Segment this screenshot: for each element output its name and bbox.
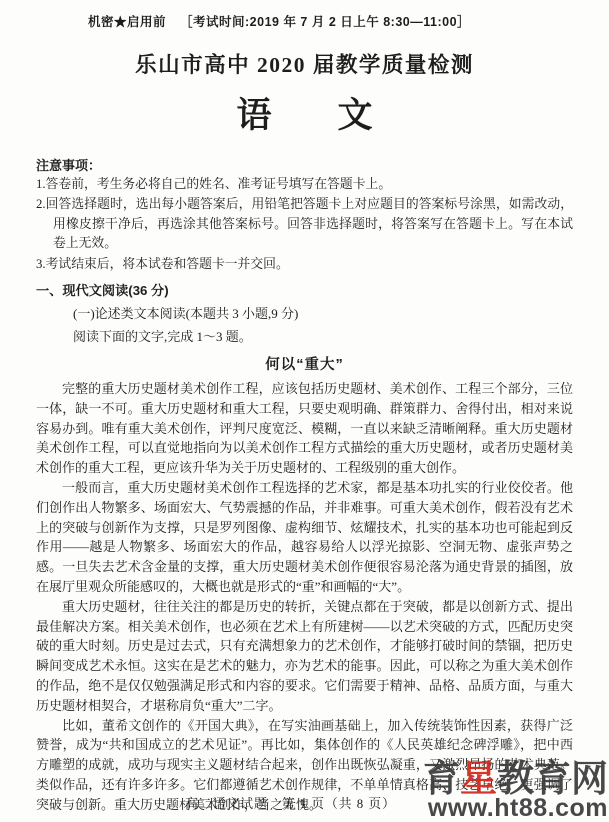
exam-time-label: ［考试时间:2019 年 7 月 2 日上午 8:30—11:00］ <box>180 15 470 29</box>
essay-paragraph-1: 完整的重大历史题材美术创作工程，应该包括历史题材、美术创作、工程三个部分，三位一… <box>36 379 573 478</box>
secrecy-header: 机密★启用前［考试时间:2019 年 7 月 2 日上午 8:30—11:00］ <box>88 12 573 30</box>
page-footer: 高二语文试题 第 1 页（共 8 页） <box>0 793 595 812</box>
essay-paragraph-3: 重大历史题材，往往关注的都是历史的转折，关键点都在于突破，都是以创新方式、提出最… <box>36 597 573 716</box>
subject-char-second: 文 <box>338 96 373 135</box>
subject-title: 语文 <box>36 88 573 138</box>
essay-paragraph-2: 一般而言，重大历史题材美术创作工程选择的艺术家，都是基本功扎实的行业佼佼者。他们… <box>36 478 573 597</box>
notice-item-2: 2.回答选择题时，选出每小题答案后，用铅笔把答题卡上对应题目的答案标号涂黑，如需… <box>36 195 573 253</box>
section-instruction: 阅读下面的文字,完成 1～3 题。 <box>73 326 573 345</box>
essay-body: 完整的重大历史题材美术创作工程，应该包括历史题材、美术创作、工程三个部分，三位一… <box>36 379 573 815</box>
essay-title: 何以“重大” <box>36 353 573 374</box>
exam-title: 乐山市高中 2020 届教学质量检测 <box>36 48 573 79</box>
notice-heading: 注意事项： <box>36 155 573 174</box>
exam-paper-page: 机密★启用前［考试时间:2019 年 7 月 2 日上午 8:30—11:00］… <box>0 0 609 822</box>
secrecy-label: 机密★启用前 <box>88 15 166 29</box>
notice-item-1: 1.答卷前，考生务必将自己的姓名、准考证号填写在答题卡上。 <box>36 175 573 194</box>
notice-item-3: 3.考试结束后，将本试卷和答题卡一并交回。 <box>36 255 573 274</box>
section-subheading: (一)论述类文本阅读(本题共 3 小题,9 分) <box>73 303 573 322</box>
section-heading: 一、现代文阅读(36 分) <box>36 280 573 299</box>
subject-char-first: 语 <box>236 96 271 135</box>
